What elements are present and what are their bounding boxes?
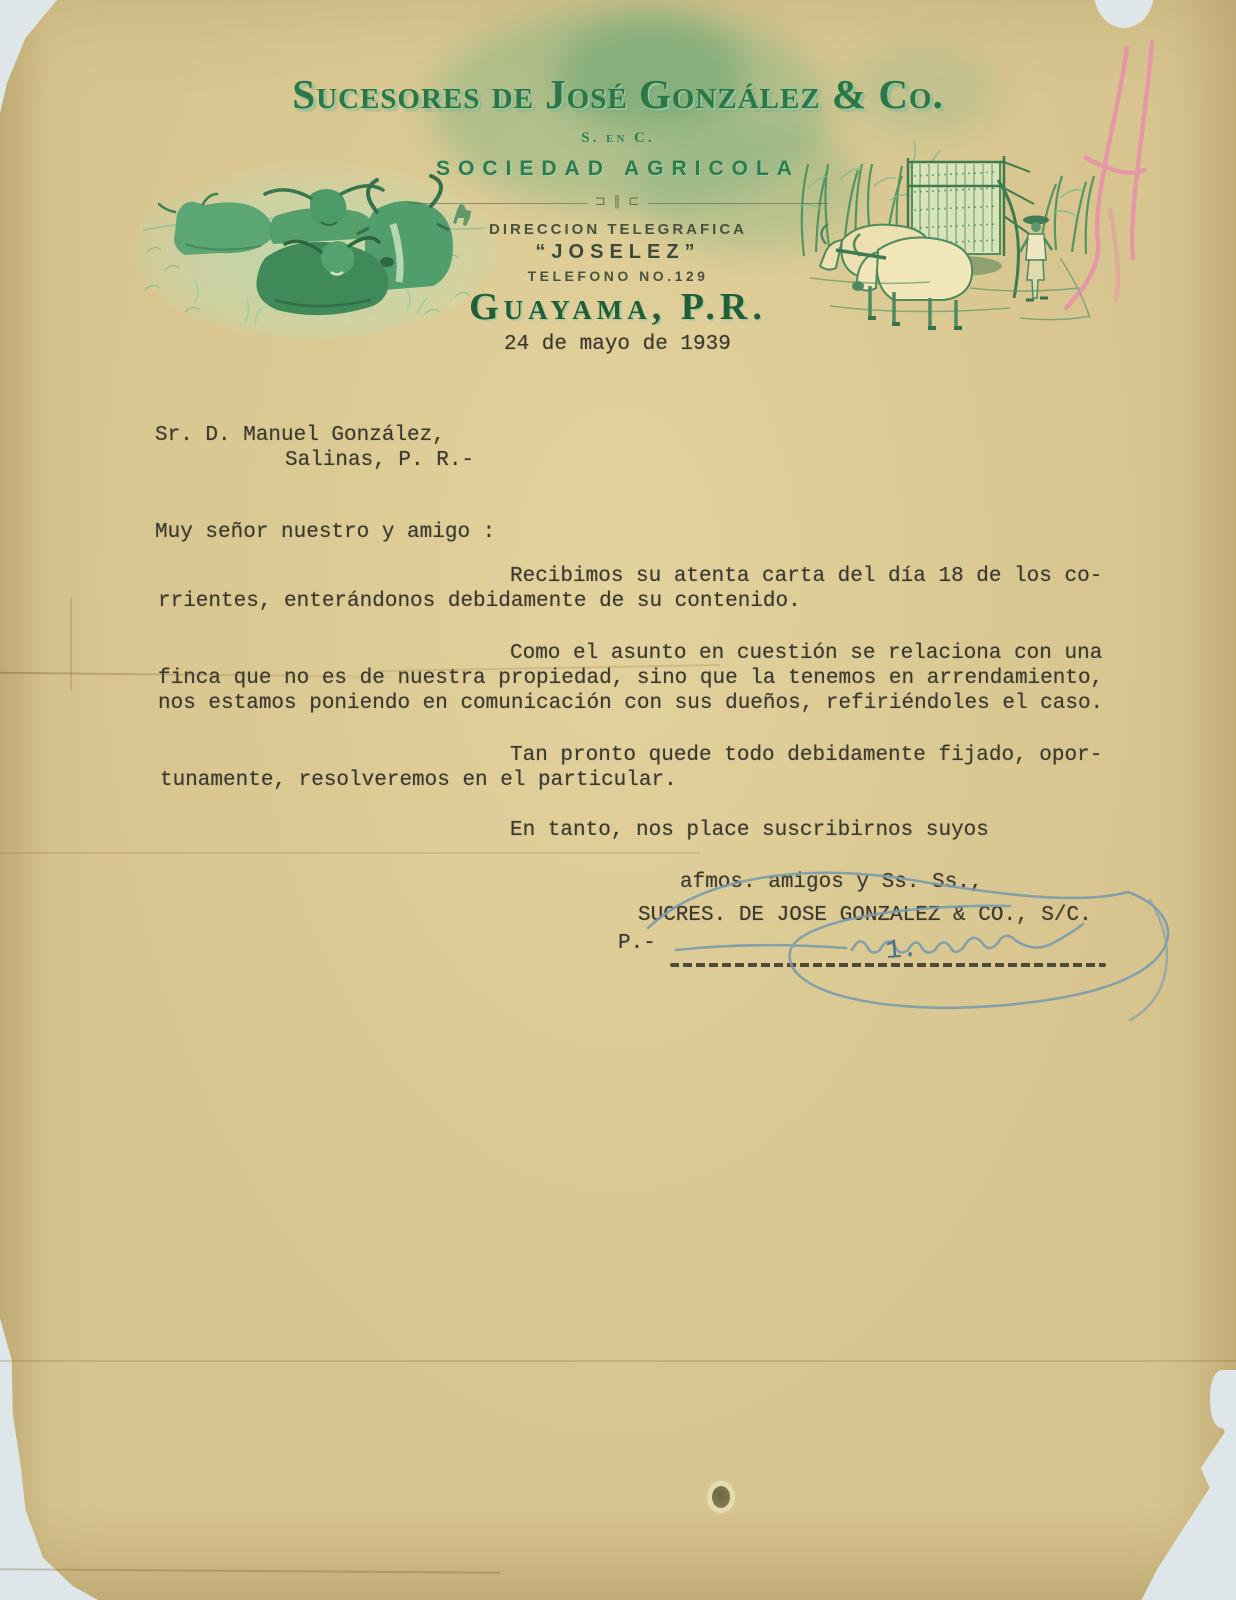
telegraph-name: “JOSELEZ” (0, 241, 1236, 264)
body-line: Tan pronto quede todo debidamente fijado… (510, 744, 1102, 767)
body-line: Como el asunto en cuestión se relaciona … (510, 642, 1102, 665)
torn-notch-right (1210, 1370, 1236, 1428)
paper-hole-stain (712, 1486, 730, 1508)
letterhead-subtitle: SOCIEDAD AGRICOLA (0, 157, 1236, 181)
company-type: S. en C. (0, 130, 1236, 147)
body-line: rrientes, enterándonos debidamente de su… (158, 590, 801, 613)
per-line: P.- (618, 932, 656, 955)
date-line: 24 de mayo de 1939 (504, 333, 731, 356)
body-line: nos estamos poniendo en comunicación con… (158, 692, 1103, 715)
salutation: Muy señor nuestro y amigo : (155, 521, 495, 544)
phone-line: TELEFONO NO.129 (0, 268, 1236, 284)
scanned-letter-page: Sucesores de José González & Co. S. en C… (0, 0, 1236, 1600)
closing-line: afmos. amigos y Ss. Ss., (680, 871, 982, 894)
signature-dashed-line (670, 963, 1106, 967)
recipient-line: Sr. D. Manuel González, (155, 424, 445, 447)
body-line: Recibimos su atenta carta del día 18 de … (510, 565, 1102, 588)
recipient-line: Salinas, P. R.- (285, 449, 474, 472)
city-line: Guayama, P.R. (0, 285, 1236, 329)
telegraph-label: DIRECCION TELEGRAFICA (0, 221, 1236, 238)
body-line: finca que no es de nuestra propiedad, si… (158, 667, 1103, 690)
body-line: tunamente, resolveremos en el particular… (160, 769, 677, 792)
body-line: En tanto, nos place suscribirnos suyos (510, 819, 989, 842)
company-name: Sucesores de José González & Co. (0, 70, 1236, 118)
signature-company-line: SUCRES. DE JOSE GONZALEZ & CO., S/C. (638, 904, 1092, 927)
divider-ornament-icon: ⊐ ‖ ⊏ (0, 194, 1236, 209)
